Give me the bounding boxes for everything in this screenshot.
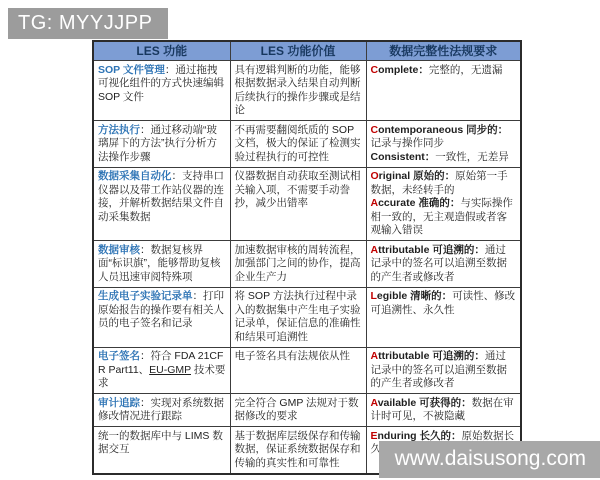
cell-text: 完全符合 GMP 法规对于数据修改的要求 <box>235 397 359 423</box>
cell-text: E <box>371 430 378 442</box>
feature-keyword: 电子签名 <box>98 350 140 362</box>
table-row: 电子签名：符合 FDA 21CFR Part11、EU-GMP 技术要求电子签名… <box>93 347 521 394</box>
cell-text: 具有逻辑判断的功能，能够根据数据录入结果自动判断后续执行的操作步骤或是结论 <box>235 64 361 117</box>
cell-text: ccurate 准确的： <box>378 197 460 209</box>
table-cell: Original 原始的：原始第一手数据，未经转手的Accurate 准确的：与… <box>366 167 521 241</box>
cell-text: 基于数据库层级保存和传输数据，保证系统数据保存和传输的真实性和可靠性 <box>235 430 361 469</box>
table-row: 审计追踪：实现对系统数据修改情况进行跟踪完全符合 GMP 法规对于数据修改的要求… <box>93 394 521 427</box>
cell-text: C <box>371 124 379 136</box>
cell-text: EU-GMP <box>149 364 191 376</box>
feature-keyword: 审计追踪 <box>98 397 140 409</box>
table-cell: 仪器数据自动获取至测试相关输入项，不需要手动誊抄，减少出错率 <box>230 167 366 241</box>
cell-text: ontemporaneous 同步的： <box>378 124 508 136</box>
cell-text: 仪器数据自动获取至测试相关输入项，不需要手动誊抄，减少出错率 <box>235 170 361 209</box>
table-cell: Legible 清晰的：可读性、修改可追溯性、永久性 <box>366 287 521 347</box>
cell-text: 不再需要翻阅纸质的 SOP 文档，极大的保证了检测实验过程执行的可控性 <box>235 124 361 163</box>
table-cell: 具有逻辑判断的功能，能够根据数据录入结果自动判断后续执行的操作步骤或是结论 <box>230 61 366 121</box>
cell-text: 电子签名具有法规依从性 <box>235 350 351 362</box>
table-cell: Complete：完整的，无遗漏 <box>366 61 521 121</box>
table-row: 方法执行：通过移动端“玻璃屏下的方法”执行分析方法操作步骤不再需要翻阅纸质的 S… <box>93 121 521 168</box>
table-row: SOP 文件管理：通过拖拽可视化组件的方式快速编辑 SOP 文件具有逻辑判断的功… <box>93 61 521 121</box>
cell-text: ttributable 可追溯的： <box>378 244 485 256</box>
cell-text: ttributable 可追溯的： <box>378 350 485 362</box>
cell-text: omplete： <box>378 64 429 76</box>
cell-text: 完整的，无遗漏 <box>429 64 503 76</box>
page: { "page": { "tag": "TG: MYYJJPP", "water… <box>0 0 600 480</box>
column-header: 数据完整性法规要求 <box>366 41 521 61</box>
header-row: LES 功能LES 功能价值数据完整性法规要求 <box>93 41 521 61</box>
table-cell: 完全符合 GMP 法规对于数据修改的要求 <box>230 394 366 427</box>
table-cell: Attributable 可追溯的：通过记录中的签名可以追溯至数据的产生者或修改… <box>366 347 521 394</box>
table-cell: Contemporaneous 同步的：记录与操作同步Consistent：一致… <box>366 121 521 168</box>
cell-text: A <box>371 244 379 256</box>
feature-keyword: SOP 文件管理 <box>98 64 165 76</box>
cell-text: vailable 可获得的： <box>378 397 472 409</box>
cell-text: 将 SOP 方法执行过程中录入的数据集中产生电子实验记录单，保证信息的准确性和结… <box>235 290 361 343</box>
table-cell: 生成电子实验记录单：打印原始报告的操作要有相关人员的电子签名和记录 <box>93 287 230 347</box>
table-cell: 电子签名具有法规依从性 <box>230 347 366 394</box>
table-cell: 统一的数据库中与 LIMS 数据交互 <box>93 427 230 474</box>
table-cell: 不再需要翻阅纸质的 SOP 文档，极大的保证了检测实验过程执行的可控性 <box>230 121 366 168</box>
column-header: LES 功能价值 <box>230 41 366 61</box>
table-row: 生成电子实验记录单：打印原始报告的操作要有相关人员的电子签名和记录将 SOP 方… <box>93 287 521 347</box>
feature-keyword: 数据采集自动化 <box>98 170 172 182</box>
cell-text: A <box>371 197 379 209</box>
cell-text: 加速数据审核的周转流程，加强部门之间的协作，提高企业生产力 <box>235 244 361 283</box>
cell-text: 统一的数据库中与 LIMS 数据交互 <box>98 430 223 456</box>
table-cell: Attributable 可追溯的：通过记录中的签名可以追溯至数据的产生者或修改… <box>366 241 521 288</box>
tag-banner: TG: MYYJJPP <box>8 8 168 39</box>
cell-text: C <box>371 64 379 76</box>
cell-text: A <box>371 397 378 409</box>
table-row: 数据审核：数据复核界面“标识旗”，能够帮助复核人员迅速审阅特殊项加速数据审核的周… <box>93 241 521 288</box>
table-cell: SOP 文件管理：通过拖拽可视化组件的方式快速编辑 SOP 文件 <box>93 61 230 121</box>
cell-text: Consistent： <box>371 151 436 163</box>
table-cell: Available 可获得的：数据在审计时可见，不被隐藏 <box>366 394 521 427</box>
column-header: LES 功能 <box>93 41 230 61</box>
table-cell: 电子签名：符合 FDA 21CFR Part11、EU-GMP 技术要求 <box>93 347 230 394</box>
table-cell: 审计追踪：实现对系统数据修改情况进行跟踪 <box>93 394 230 427</box>
cell-text: 记录与操作同步 <box>371 137 445 149</box>
table-cell: 数据采集自动化：支持串口仪器以及带工作站仪器的连接，并解析数据结果文件自动采集数… <box>93 167 230 241</box>
cell-text: A <box>371 350 379 362</box>
cell-text: nduring 长久的： <box>378 430 462 442</box>
table-cell: 加速数据审核的周转流程，加强部门之间的协作，提高企业生产力 <box>230 241 366 288</box>
cell-text: O <box>371 170 379 182</box>
les-table: LES 功能LES 功能价值数据完整性法规要求 SOP 文件管理：通过拖拽可视化… <box>92 40 522 475</box>
site-watermark: www.daisusong.com <box>379 441 600 478</box>
table-row: 数据采集自动化：支持串口仪器以及带工作站仪器的连接，并解析数据结果文件自动采集数… <box>93 167 521 241</box>
cell-text: riginal 原始的： <box>379 170 455 182</box>
feature-keyword: 方法执行 <box>98 124 140 136</box>
cell-text: 一致性，无差异 <box>435 151 509 163</box>
table-cell: 基于数据库层级保存和传输数据，保证系统数据保存和传输的真实性和可靠性 <box>230 427 366 474</box>
table-cell: 将 SOP 方法执行过程中录入的数据集中产生电子实验记录单，保证信息的准确性和结… <box>230 287 366 347</box>
feature-keyword: 数据审核 <box>98 244 140 256</box>
table-cell: 数据审核：数据复核界面“标识旗”，能够帮助复核人员迅速审阅特殊项 <box>93 241 230 288</box>
cell-text: egible 清晰的： <box>377 290 452 302</box>
table-cell: 方法执行：通过移动端“玻璃屏下的方法”执行分析方法操作步骤 <box>93 121 230 168</box>
feature-keyword: 生成电子实验记录单 <box>98 290 193 302</box>
